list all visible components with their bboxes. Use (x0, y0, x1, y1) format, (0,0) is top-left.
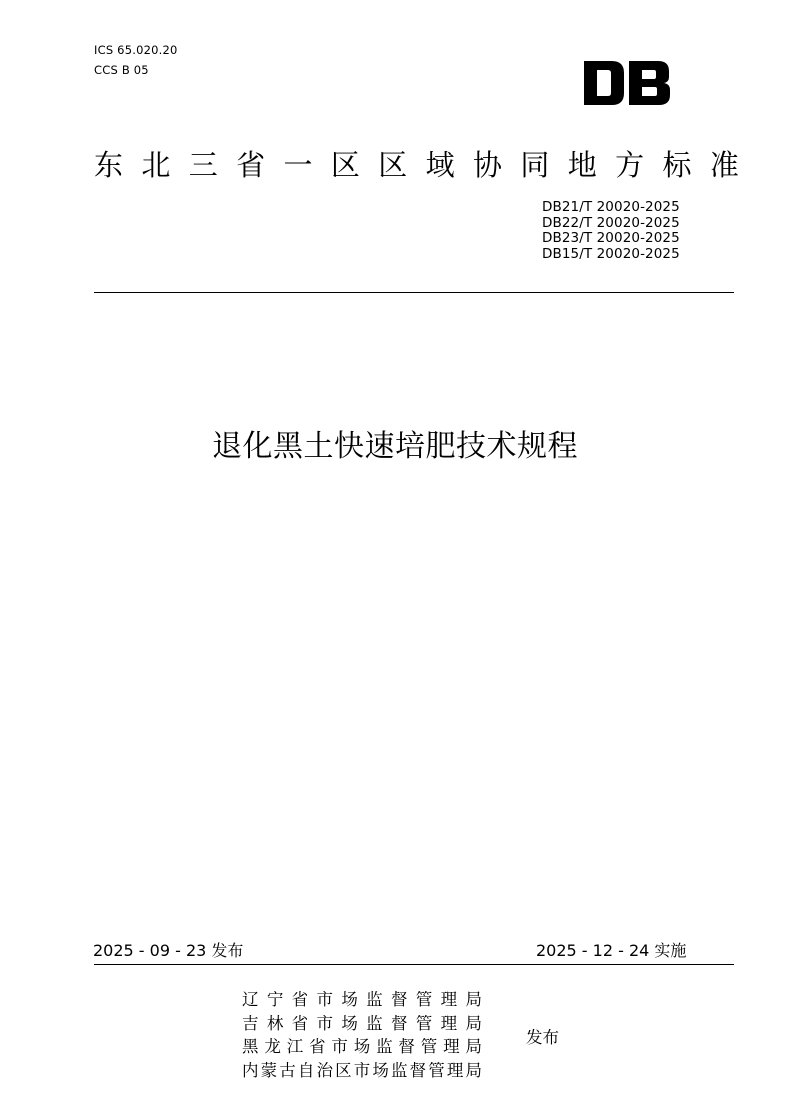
ics-code: ICS 65.020.20 (94, 40, 178, 60)
issuer-heilongjiang: 黑龙江省市场监督管理局 (242, 1035, 482, 1059)
document-title: 退化黑土快速培肥技术规程 (0, 425, 790, 469)
issuer-inner-mongolia: 内蒙古自治区市场监督管理局 (242, 1059, 482, 1083)
classification-codes: ICS 65.020.20 CCS B 05 (94, 40, 178, 80)
ccs-code: CCS B 05 (94, 60, 178, 80)
standard-type-heading: 东北三省一区区域协同地方标准 (94, 143, 739, 187)
header-divider (94, 292, 734, 293)
standard-number-db21: DB21/T 20020-2025 (542, 200, 680, 216)
standard-number-db22: DB22/T 20020-2025 (542, 216, 680, 232)
standard-number-db23: DB23/T 20020-2025 (542, 231, 680, 247)
footer-divider (94, 964, 734, 965)
issuer-liaoning: 辽宁省市场监督管理局 (242, 988, 482, 1012)
issue-label: 发布 (526, 1026, 559, 1049)
implement-date: 2025 - 12 - 24 实施 (536, 940, 686, 962)
standard-numbers: DB21/T 20020-2025 DB22/T 20020-2025 DB23… (542, 200, 680, 262)
db-logo-icon (584, 61, 670, 105)
publish-date: 2025 - 09 - 23 发布 (93, 940, 243, 962)
issuing-authorities: 辽宁省市场监督管理局 吉林省市场监督管理局 黑龙江省市场监督管理局 内蒙古自治区… (242, 988, 482, 1082)
issuer-jilin: 吉林省市场监督管理局 (242, 1012, 482, 1036)
standard-number-db15: DB15/T 20020-2025 (542, 247, 680, 263)
